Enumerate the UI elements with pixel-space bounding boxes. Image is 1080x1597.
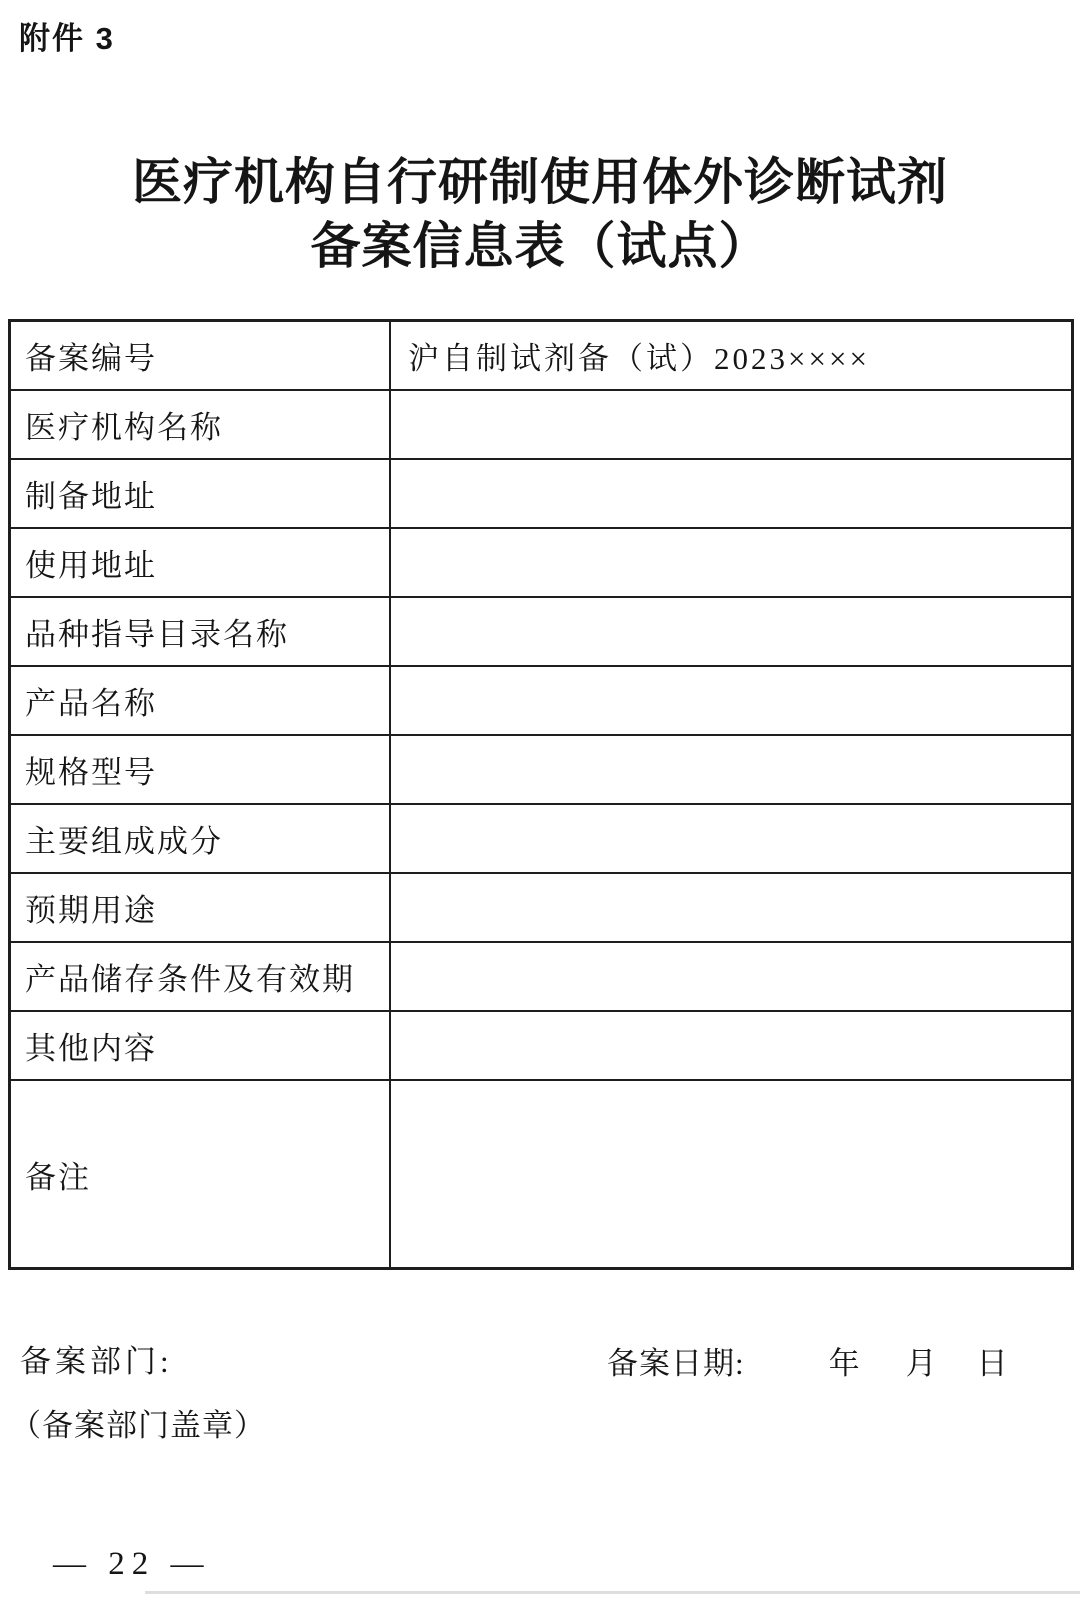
row-label: 规格型号 [10,735,391,804]
title-line-2: 备案信息表（试点） [0,214,1080,278]
filing-date-label: 备案日期: [607,1346,745,1381]
table-row: 其他内容 [10,1011,1073,1080]
day-label: 日 [977,1346,1009,1381]
row-value [390,597,1073,666]
table-row: 预期用途 [10,873,1073,942]
row-value [390,528,1073,597]
table-row: 规格型号 [10,735,1073,804]
table-row: 制备地址 [10,459,1073,528]
row-label: 预期用途 [10,873,391,942]
filing-department-seal-note: （备案部门盖章） [10,1400,266,1445]
year-label: 年 [829,1346,861,1381]
row-label: 制备地址 [10,459,391,528]
row-value: 沪自制试剂备（试）2023×××× [390,321,1073,391]
row-label: 医疗机构名称 [10,390,391,459]
row-label: 备案编号 [10,321,391,391]
table-row: 医疗机构名称 [10,390,1073,459]
row-value [390,459,1073,528]
row-value [390,735,1073,804]
row-value [390,1011,1073,1080]
table-row: 备案编号沪自制试剂备（试）2023×××× [10,321,1073,391]
filing-date-line: 备案日期:年月日 [607,1338,1009,1383]
month-label: 月 [906,1346,938,1381]
filing-department-label: 备案部门: [20,1336,173,1381]
title-line-1: 医疗机构自行研制使用体外诊断试剂 [0,150,1080,214]
row-label: 品种指导目录名称 [10,597,391,666]
table-row: 品种指导目录名称 [10,597,1073,666]
table-row: 主要组成成分 [10,804,1073,873]
row-value [390,666,1073,735]
row-label: 主要组成成分 [10,804,391,873]
scan-edge-artifact [145,1591,1080,1594]
document-page: 附件 3 医疗机构自行研制使用体外诊断试剂 备案信息表（试点） 备案编号沪自制试… [0,0,1080,1597]
row-label: 备注 [10,1080,391,1269]
row-label: 使用地址 [10,528,391,597]
row-label: 产品储存条件及有效期 [10,942,391,1011]
row-value [390,942,1073,1011]
attachment-label: 附件 3 [19,13,115,58]
page-number: — 22 — [53,1546,211,1583]
table-row: 产品储存条件及有效期 [10,942,1073,1011]
row-value [390,804,1073,873]
table-row: 使用地址 [10,528,1073,597]
table-row: 备注 [10,1080,1073,1269]
row-value [390,1080,1073,1269]
row-value [390,873,1073,942]
document-title: 医疗机构自行研制使用体外诊断试剂 备案信息表（试点） [0,150,1080,278]
table-row: 产品名称 [10,666,1073,735]
row-label: 产品名称 [10,666,391,735]
row-value [390,390,1073,459]
filing-info-table-body: 备案编号沪自制试剂备（试）2023××××医疗机构名称制备地址使用地址品种指导目… [10,321,1073,1269]
row-label: 其他内容 [10,1011,391,1080]
filing-info-table: 备案编号沪自制试剂备（试）2023××××医疗机构名称制备地址使用地址品种指导目… [8,319,1074,1270]
